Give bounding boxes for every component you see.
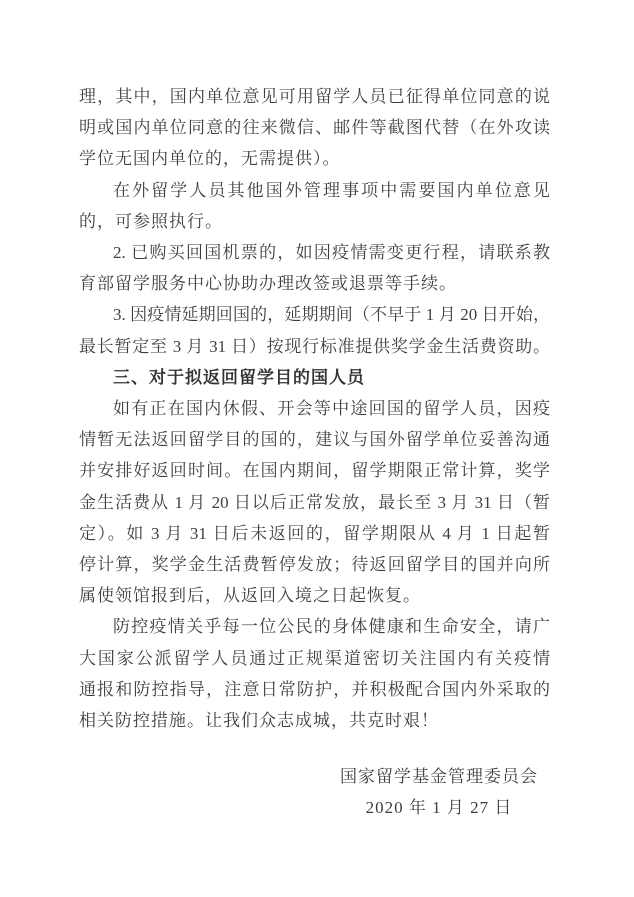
text-line: 如有正在国内休假、开会等中途回国的留学人员，因疫 — [79, 393, 550, 424]
signature-block: 国家留学基金管理委员会 2020 年 1 月 27 日 — [79, 761, 550, 823]
text-line: 明或国内单位同意的往来微信、邮件等截图代替（在外攻读 — [79, 112, 550, 143]
text-line: 防控疫情关乎每一位公民的身体健康和生命安全，请广 — [79, 611, 550, 642]
text-line: 相关防控措施。让我们众志成城，共克时艰！ — [79, 705, 550, 736]
body-text: 理，其中，国内单位意见可用留学人员已征得单位同意的说 明或国内单位同意的往来微信… — [79, 81, 550, 736]
text-line: 通报和防控指导，注意日常防护，并积极配合国内外采取的 — [79, 674, 550, 705]
signature-inner: 国家留学基金管理委员会 2020 年 1 月 27 日 — [340, 761, 538, 823]
document-page: 理，其中，国内单位意见可用留学人员已征得单位同意的说 明或国内单位同意的往来微信… — [79, 81, 550, 824]
text-line: 理，其中，国内单位意见可用留学人员已征得单位同意的说 — [79, 81, 550, 112]
text-line: 定）。如 3 月 31 日后未返回的，留学期限从 4 月 1 日起暂 — [79, 518, 550, 549]
text-line: 停计算，奖学金生活费暂停发放；待返回留学目的国并向所 — [79, 549, 550, 580]
text-line: 2. 已购买回国机票的，如因疫情需变更行程，请联系教 — [79, 237, 550, 268]
text-line: 金生活费从 1 月 20 日以后正常发放，最长至 3 月 31 日（暂 — [79, 487, 550, 518]
text-line: 情暂无法返回留学目的国的，建议与国外留学单位妥善沟通 — [79, 424, 550, 455]
text-line: 属使领馆报到后，从返回入境之日起恢复。 — [79, 580, 550, 611]
text-line: 最长暂定至 3 月 31 日）按现行标准提供奖学金生活费资助。 — [79, 331, 550, 362]
text-line: 学位无国内单位的，无需提供）。 — [79, 143, 550, 174]
scanned-document: { "page": { "background_color": "#ffffff… — [0, 0, 634, 897]
text-line: 大国家公派留学人员通过正规渠道密切关注国内有关疫情 — [79, 643, 550, 674]
text-line: 育部留学服务中心协助办理改签或退票等手续。 — [79, 268, 550, 299]
text-line: 在外留学人员其他国外管理事项中需要国内单位意见 — [79, 175, 550, 206]
text-line: 3. 因疫情延期回国的，延期期间（不早于 1 月 20 日开始， — [79, 299, 550, 330]
signature-date: 2020 年 1 月 27 日 — [340, 792, 538, 823]
signature-name: 国家留学基金管理委员会 — [340, 761, 538, 792]
text-line: 并安排好返回时间。在国内期间，留学期限正常计算，奖学 — [79, 455, 550, 486]
section-heading: 三、对于拟返回留学目的国人员 — [79, 362, 550, 393]
text-line: 的，可参照执行。 — [79, 206, 550, 237]
